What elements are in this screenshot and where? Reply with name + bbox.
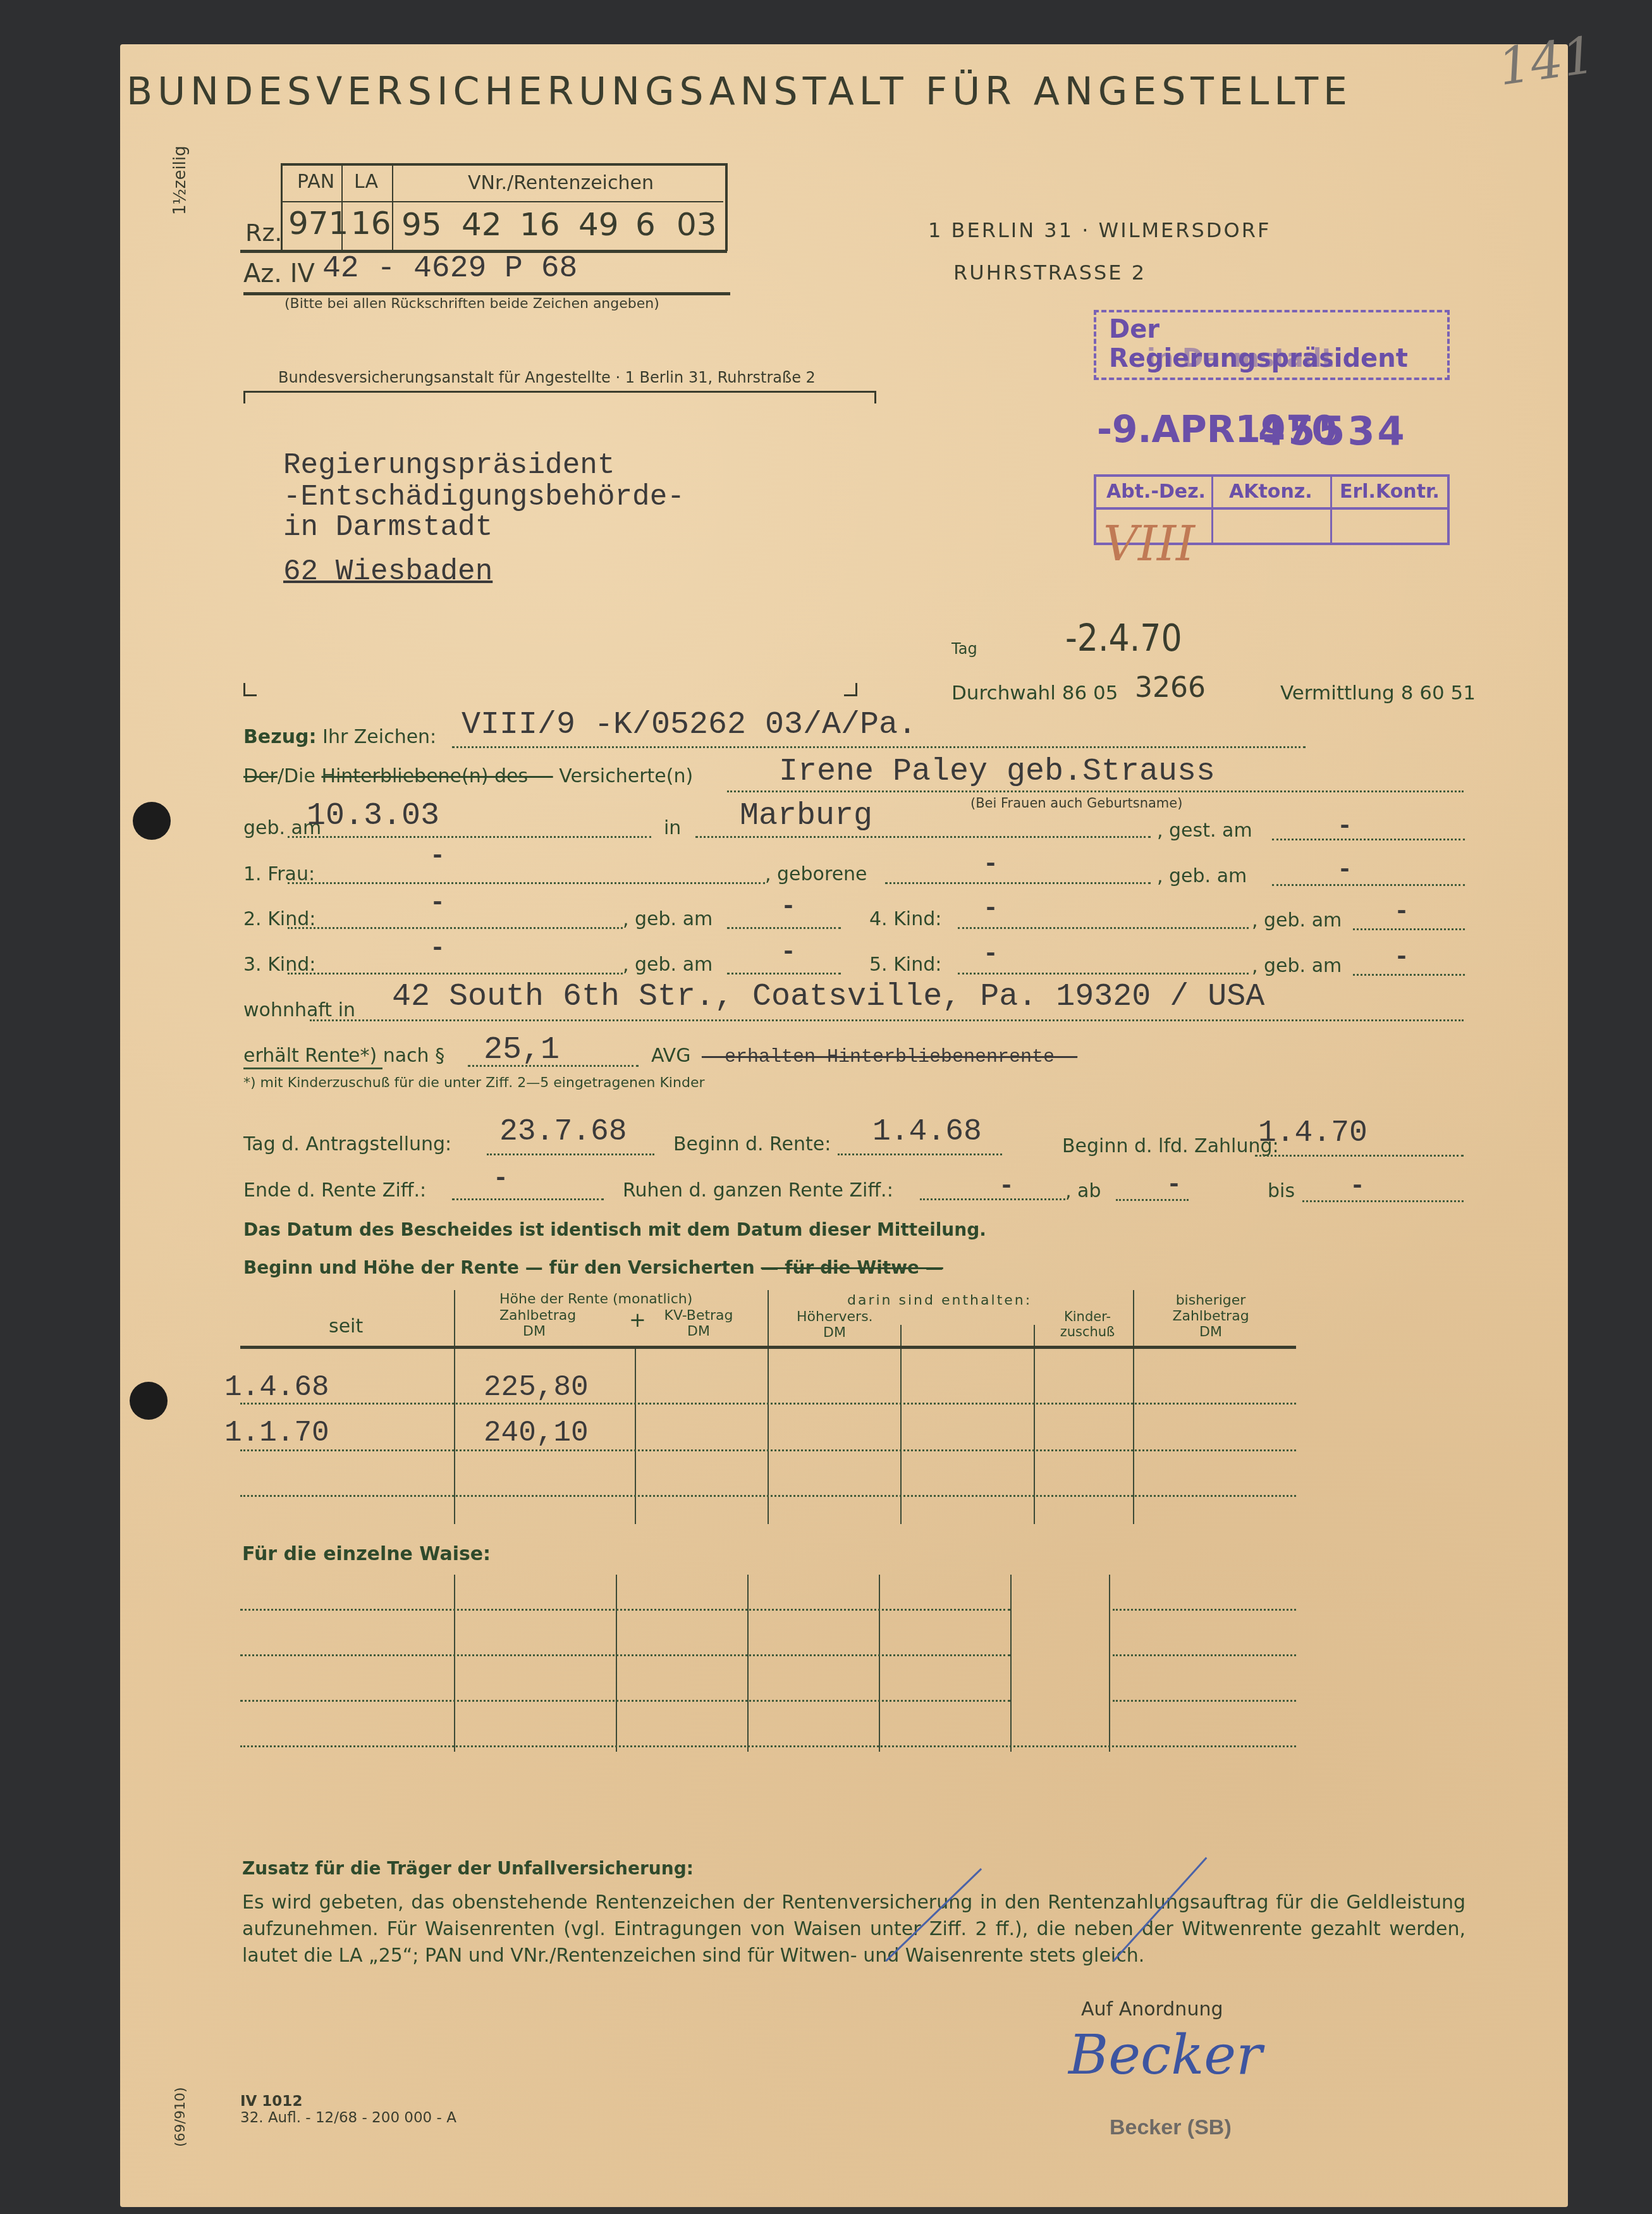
routing-handwritten: VIII (1103, 515, 1195, 572)
vnr-part-4: 49 (578, 206, 619, 243)
zusatz-title: Zusatz für die Träger der Unfallversiche… (242, 1858, 694, 1879)
durchwahl-value: 3266 (1135, 672, 1206, 704)
rz-box: Rz. PAN LA VNr./Rentenzeichen 971 16 95 … (240, 163, 727, 252)
die-label: /Die (278, 765, 315, 787)
receiver-stamp: Der Regierungspräsident in Darmstadt (1094, 310, 1450, 380)
form-number: IV 1012 (240, 2093, 302, 2110)
vnr-part-5: 6 (635, 206, 656, 243)
page-number-handwritten: 141 (1495, 25, 1598, 97)
ende-value: - (493, 1165, 508, 1193)
beginn-hoehe-struck: — für die Witwe — (761, 1257, 943, 1278)
vnr-part-1: 95 (401, 206, 442, 243)
frau-geb-am-value: - (1337, 856, 1352, 885)
avg-label: AVG (651, 1045, 690, 1067)
geborene-label: , geborene (765, 863, 867, 885)
az-value: 42 - 4629 P 68 (322, 252, 577, 286)
versicherte-value: Irene Paley geb.Strauss (779, 754, 1215, 790)
col-kv-betrag: KV-Betrag DM (661, 1308, 737, 1339)
institution-title: BUNDESVERSICHERUNGSANSTALT FÜR ANGESTELL… (126, 70, 1352, 114)
col-bisheriger: bisheriger Zahlbetrag DM (1163, 1293, 1258, 1340)
beginn-hoehe-row: Beginn und Höhe der Rente — für den Vers… (243, 1257, 943, 1278)
col-darin-group: darin sind enthalten: (847, 1293, 1032, 1308)
ab-label: , ab (1065, 1180, 1101, 1202)
antrag-value: 23.7.68 (499, 1115, 627, 1149)
vnr-header: VNr./Rentenzeichen (468, 172, 654, 194)
az-note: (Bitte bei allen Rückschriften beide Zei… (285, 296, 659, 312)
versicherte-label: Versicherte(n) (559, 765, 693, 787)
gest-am-label: , gest. am (1157, 820, 1252, 842)
punch-hole-top (133, 802, 171, 840)
beginn-zahlung-value: 1.4.70 (1258, 1116, 1367, 1150)
rente-paragraph: 25,1 (484, 1032, 560, 1068)
zusatz-body: Es wird gebeten, das obenstehende Renten… (242, 1890, 1465, 1969)
beginn-zahlung-label: Beginn d. lfd. Zahlung: (1062, 1135, 1279, 1157)
bis-label: bis (1268, 1180, 1295, 1202)
recipient-line-4: 62 Wiesbaden (283, 555, 493, 588)
frau-geb-am-label: , geb. am (1157, 865, 1247, 887)
ihr-zeichen-value: VIII/9 -K/05262 03/A/Pa. (462, 707, 917, 743)
rente-footnote: *) mit Kinderzuschuß für die unter Ziff.… (243, 1075, 704, 1091)
recipient-line-3: in Darmstadt (283, 511, 493, 544)
rente-label: erhält Rente*) nach § (243, 1045, 444, 1067)
kind-3-geb-label: , geb. am (623, 954, 713, 976)
in-label: in (664, 817, 681, 839)
durchwahl-label: Durchwahl 86 05 (951, 682, 1118, 704)
address-line-1: 1 BERLIN 31 · WILMERSDORF (928, 218, 1271, 242)
kind-4-label: 4. Kind: (869, 908, 941, 930)
side-note: 1½zeilig (171, 145, 190, 215)
tag-value: -2.4.70 (1065, 617, 1182, 660)
kind-4-geb-value: - (1394, 898, 1409, 926)
signature-stamp: Becker (SB) (1110, 2115, 1232, 2140)
geb-am-value: 10.3.03 (307, 798, 439, 834)
col-kinderzuschuss: Kinder-zuschuß (1056, 1309, 1119, 1339)
ab-value: - (1166, 1171, 1182, 1200)
receiver-stamp-line2: in Darmstadt (1147, 344, 1333, 373)
recipient-line-1: Regierungspräsident (283, 449, 615, 482)
auf-anordnung: Auf Anordnung (1081, 1998, 1223, 2020)
col-seit: seit (329, 1315, 363, 1338)
geborene-value: - (983, 851, 998, 879)
frau-value: - (430, 842, 445, 871)
col-hoehe-group: Höhe der Rente (monatlich) (499, 1291, 692, 1307)
gest-am-value: - (1337, 813, 1352, 841)
in-value: Marburg (740, 798, 872, 834)
row-1-zahlbetrag: 225,80 (484, 1371, 589, 1404)
la-value: 16 (351, 205, 391, 242)
address-line-2: RUHRSTRASSE 2 (953, 261, 1146, 285)
ihr-zeichen-label: Ihr Zeichen: (322, 726, 436, 748)
geburtsname-note: (Bei Frauen auch Geburtsname) (970, 796, 1182, 811)
row-2-zahlbetrag: 240,10 (484, 1417, 589, 1449)
der-struck: Der (243, 765, 278, 787)
tag-label: Tag (951, 640, 977, 658)
beginn-rente-value: 1.4.68 (872, 1115, 982, 1149)
bezug-label: Bezug: Ihr Zeichen: (243, 726, 436, 748)
kind-4-geb-label: , geb. am (1252, 909, 1342, 932)
vnr-part-3: 16 (520, 206, 560, 243)
la-header: LA (354, 171, 378, 193)
kind-4-value: - (983, 895, 998, 923)
print-info: 32. Aufl. - 12/68 - 200 000 - A (240, 2110, 456, 2126)
routing-header-abt: Abt.-Dez. (1106, 481, 1206, 503)
kind-5-label: 5. Kind: (869, 954, 941, 976)
versicherte-label-row: Der/Die Hinterbliebene(n) des — Versiche… (243, 765, 693, 787)
vnr-part-2: 42 (462, 206, 502, 243)
row-2-seit: 1.1.70 (224, 1417, 329, 1449)
kind-5-geb-value: - (1394, 944, 1409, 972)
col-plus: + (629, 1308, 646, 1332)
rent-table: seit Höhe der Rente (monatlich) Zahlbetr… (240, 1290, 1296, 1524)
sender-line: Bundesversicherungsanstalt für Angestell… (278, 369, 816, 386)
kind-5-value: - (983, 940, 998, 969)
hinterbliebene-struck: Hinterbliebene(n) des — (321, 765, 553, 787)
beginn-hoehe-label: Beginn und Höhe der Rente — für den Vers… (243, 1257, 755, 1278)
kind-2-value: - (430, 889, 445, 918)
bezug-label-text: Bezug: (243, 726, 317, 748)
beginn-rente-label: Beginn d. Rente: (673, 1133, 831, 1155)
rz-label: Rz. (245, 219, 282, 247)
datum-note: Das Datum des Bescheides ist identisch m… (243, 1219, 986, 1240)
pan-header: PAN (297, 171, 334, 193)
avg-struck: — erhalten Hinterbliebenenrente — (702, 1047, 1077, 1068)
received-number-stamp: 45534 (1258, 408, 1407, 454)
wohnhaft-value: 42 South 6th Str., Coatsville, Pa. 19320… (392, 979, 1264, 1015)
kind-2-geb-label: , geb. am (623, 908, 713, 930)
kind-3-value: - (430, 935, 445, 963)
vermittlung: Vermittlung 8 60 51 (1280, 682, 1476, 704)
antrag-label: Tag d. Antragstellung: (243, 1133, 451, 1155)
wohnhaft-label: wohnhaft in (243, 999, 355, 1021)
bis-value: - (1350, 1172, 1365, 1201)
routing-header-aktonz: AKtonz. (1229, 481, 1312, 503)
row-1-seit: 1.4.68 (224, 1371, 329, 1404)
pan-value: 971 (288, 205, 348, 242)
kind-3-geb-value: - (781, 938, 796, 967)
col-zahlbetrag: Zahlbetrag DM (499, 1308, 569, 1339)
side-code: (69/910) (173, 2087, 188, 2147)
kind-2-geb-value: - (781, 893, 796, 921)
waise-label: Für die einzelne Waise: (242, 1543, 491, 1565)
waise-table (240, 1575, 1296, 1752)
ruhen-label: Ruhen d. ganzen Rente Ziff.: (623, 1179, 893, 1202)
kind-5-geb-label: , geb. am (1252, 955, 1342, 977)
col-hoeherver: Höhervers. DM (797, 1309, 872, 1341)
ende-label: Ende d. Rente Ziff.: (243, 1179, 426, 1202)
punch-hole-bottom (130, 1382, 168, 1420)
recipient-line-2: -Entschädigungsbehörde- (283, 481, 685, 514)
az-label: Az. IV (243, 259, 315, 288)
ruhen-value: - (999, 1172, 1014, 1201)
vnr-part-6: 03 (676, 206, 717, 243)
routing-header-erl: Erl.Kontr. (1340, 481, 1440, 503)
signature-handwritten: Becker (1068, 2024, 1262, 2087)
